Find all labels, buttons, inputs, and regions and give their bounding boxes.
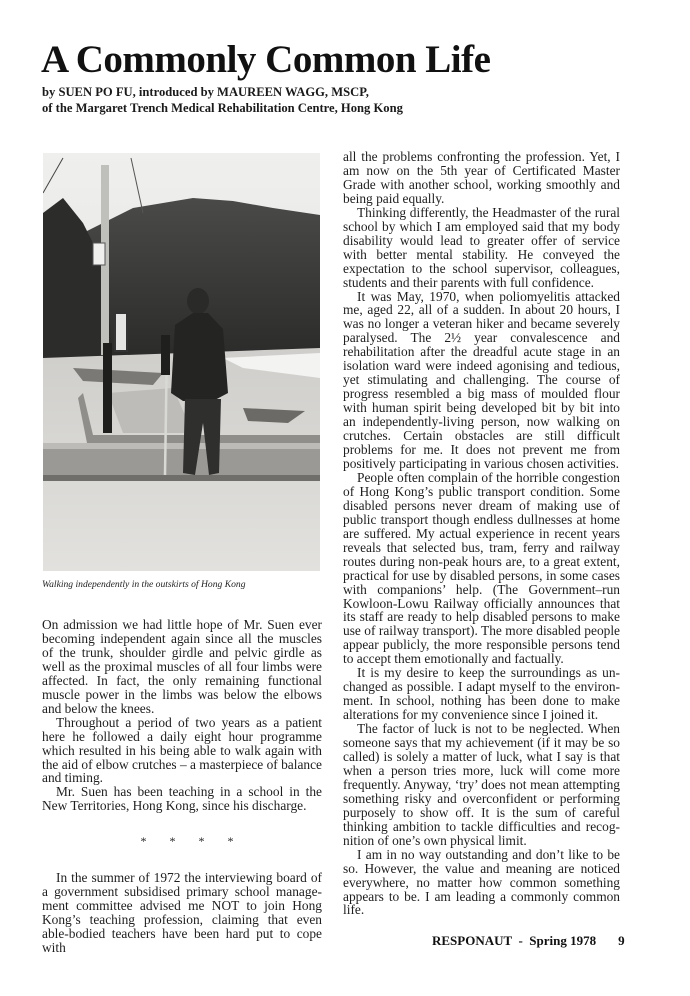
publication-name: RESPONAUT - Spring 1978 [432, 933, 596, 948]
paragraph: People often complain of the horrible co… [343, 471, 620, 666]
paragraph: Thinking differently, the Headmaster of … [343, 206, 620, 290]
photo-image [43, 153, 320, 571]
article-title: A Commonly Common Life [41, 38, 490, 82]
page-number: 9 [618, 933, 625, 948]
byline: by SUEN PO FU, introduced by MAUREEN WAG… [42, 84, 403, 116]
paragraph: It was May, 1970, when poliomyelitis att… [343, 290, 620, 471]
photo-caption: Walking independently in the outskirts o… [42, 579, 246, 590]
page-footer: RESPONAUT - Spring 19789 [432, 933, 625, 949]
paragraph: On admission we had little hope of Mr. S… [42, 618, 322, 716]
paragraph: In the summer of 1972 the interviewing b… [42, 871, 322, 955]
byline-author: by SUEN PO FU, introduced by MAUREEN WAG… [42, 84, 403, 100]
paragraph: Mr. Suen has been teaching in a school i… [42, 785, 322, 813]
paragraph: all the problems confronting the profess… [343, 150, 620, 206]
paragraph: The factor of luck is not to be neglecte… [343, 722, 620, 848]
paragraph: It is my desire to keep the surroundings… [343, 666, 620, 722]
section-separator: * * * * [62, 835, 322, 849]
paragraph: Throughout a period of two years as a pa… [42, 716, 322, 786]
left-column: On admission we had little hope of Mr. S… [42, 618, 322, 955]
article-photo [43, 153, 320, 571]
paragraph: I am in no way outstanding and don’t lik… [343, 848, 620, 918]
right-column: all the problems confronting the profess… [343, 150, 620, 917]
byline-affiliation: of the Margaret Trench Medical Rehabilit… [42, 100, 403, 116]
